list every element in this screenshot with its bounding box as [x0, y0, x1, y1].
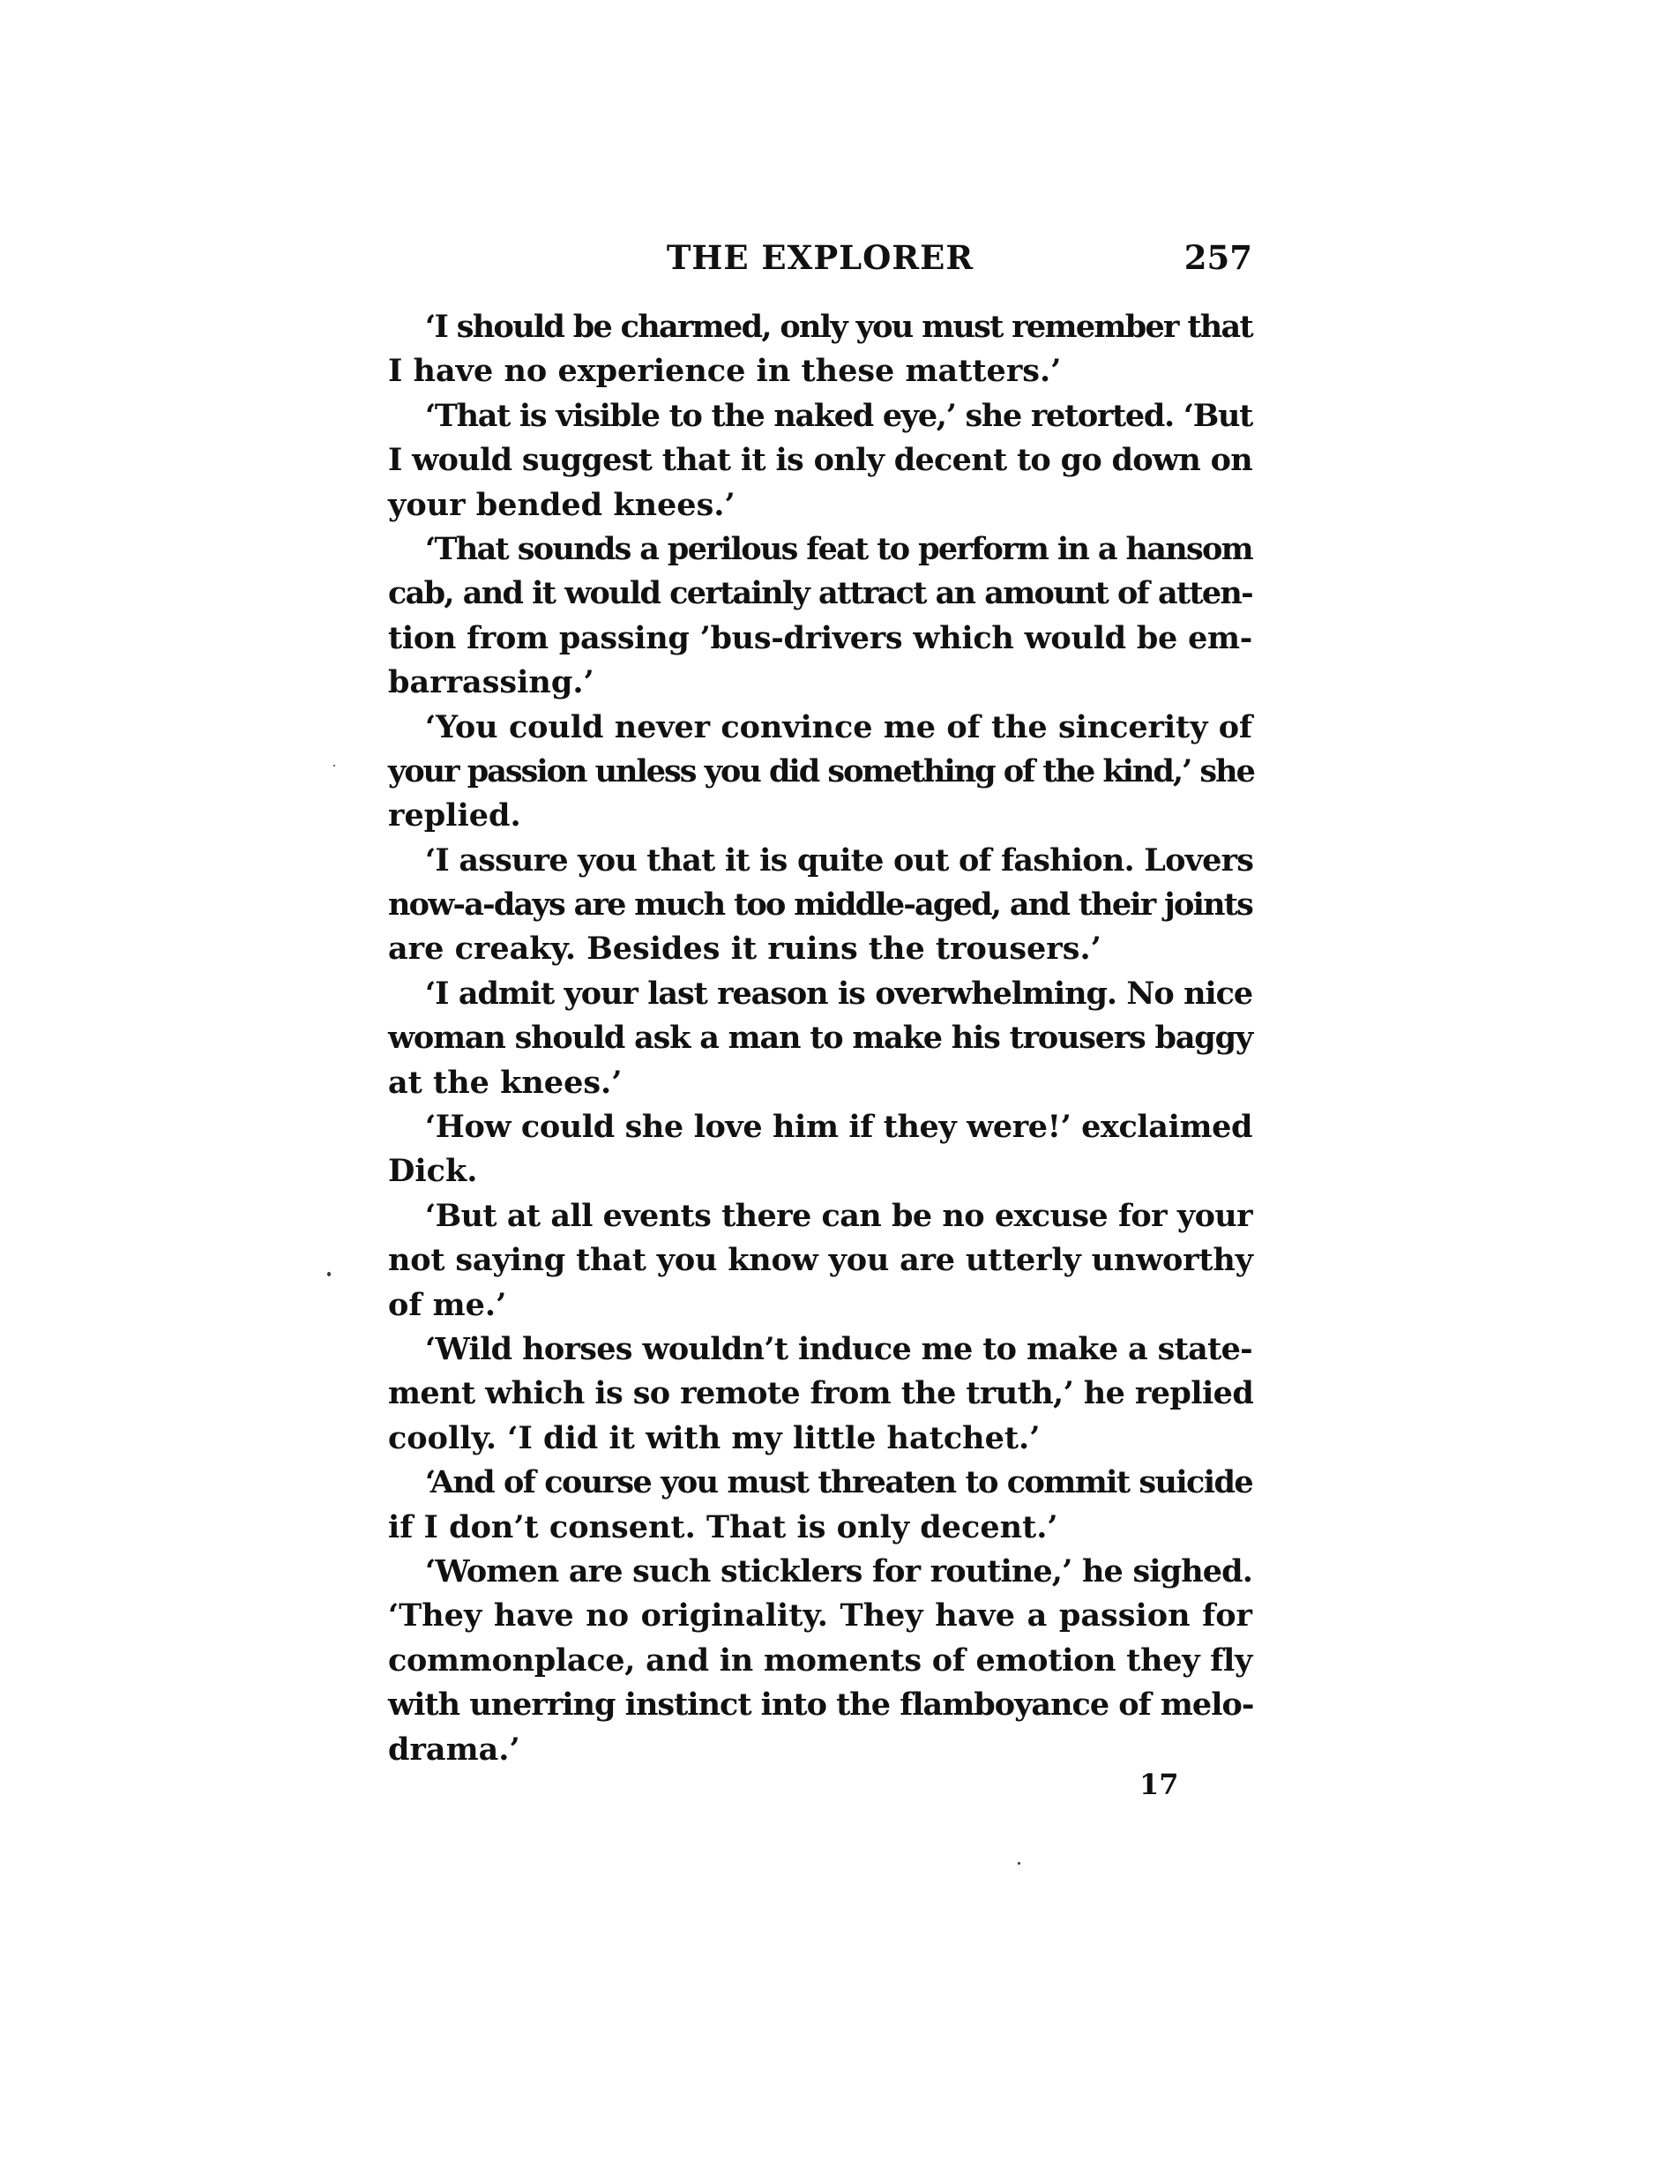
text-line: barrassing.’ [388, 661, 1252, 705]
text-line: ‘I admit your last reason is overwhelmin… [388, 972, 1252, 1016]
text-line: ment which is so remote from the truth,’… [388, 1372, 1252, 1416]
text-line: your bended knees.’ [388, 483, 1252, 527]
text-line: ‘I should be charmed, only you must reme… [388, 305, 1252, 349]
text-line: ‘That is visible to the naked eye,’ she … [388, 394, 1252, 438]
text-line: tion from passing ’bus-drivers which wou… [388, 617, 1252, 661]
text-line: woman should ask a man to make his trous… [388, 1016, 1252, 1060]
text-line: are creaky. Besides it ruins the trouser… [388, 927, 1252, 971]
text-line: your passion unless you did something of… [388, 750, 1252, 794]
page-number: 257 [1184, 238, 1252, 277]
text-line: ‘That sounds a perilous feat to perform … [388, 527, 1252, 572]
text-line: ‘They have no originality. They have a p… [388, 1594, 1252, 1638]
text-line: ‘Wild horses wouldn’t induce me to make … [388, 1328, 1252, 1372]
book-page: THE EXPLORER 257 ‘I should be charmed, o… [0, 0, 1680, 2184]
text-line: Dick. [388, 1149, 1252, 1193]
text-line: cab, and it would certainly attract an a… [388, 572, 1252, 616]
text-line: of me.’ [388, 1283, 1252, 1328]
text-line: replied. [388, 794, 1252, 838]
body-text: ‘I should be charmed, only you must reme… [388, 305, 1252, 1772]
text-line: ‘Women are such sticklers for routine,’ … [388, 1550, 1252, 1594]
text-line: I would suggest that it is only decent t… [388, 438, 1252, 482]
signature-mark: 17 [1139, 1768, 1179, 1801]
text-line: ‘I assure you that it is quite out of fa… [388, 839, 1252, 883]
scan-speck [1018, 1862, 1020, 1865]
text-line: now-a-days are much too middle-aged, and… [388, 883, 1252, 927]
text-line: not saying that you know you are utterly… [388, 1238, 1252, 1283]
running-head: THE EXPLORER 257 [388, 238, 1252, 284]
scan-speck [333, 765, 335, 767]
text-line: ‘But at all events there can be no excus… [388, 1194, 1252, 1238]
scan-speck [327, 1272, 331, 1276]
text-line: ‘How could she love him if they were!’ e… [388, 1105, 1252, 1149]
text-line: ‘You could never convince me of the sinc… [388, 706, 1252, 750]
text-line: ‘And of course you must threaten to comm… [388, 1461, 1252, 1505]
text-line: with unerring instinct into the flamboya… [388, 1683, 1252, 1727]
text-line: coolly. ‘I did it with my little hatchet… [388, 1417, 1252, 1461]
text-line: drama.’ [388, 1728, 1252, 1772]
text-line: commonplace, and in moments of emotion t… [388, 1639, 1252, 1683]
running-title: THE EXPLORER [388, 238, 1252, 277]
text-line: if I don’t consent. That is only decent.… [388, 1506, 1252, 1550]
text-line: at the knees.’ [388, 1061, 1252, 1105]
text-line: I have no experience in these matters.’ [388, 349, 1252, 393]
